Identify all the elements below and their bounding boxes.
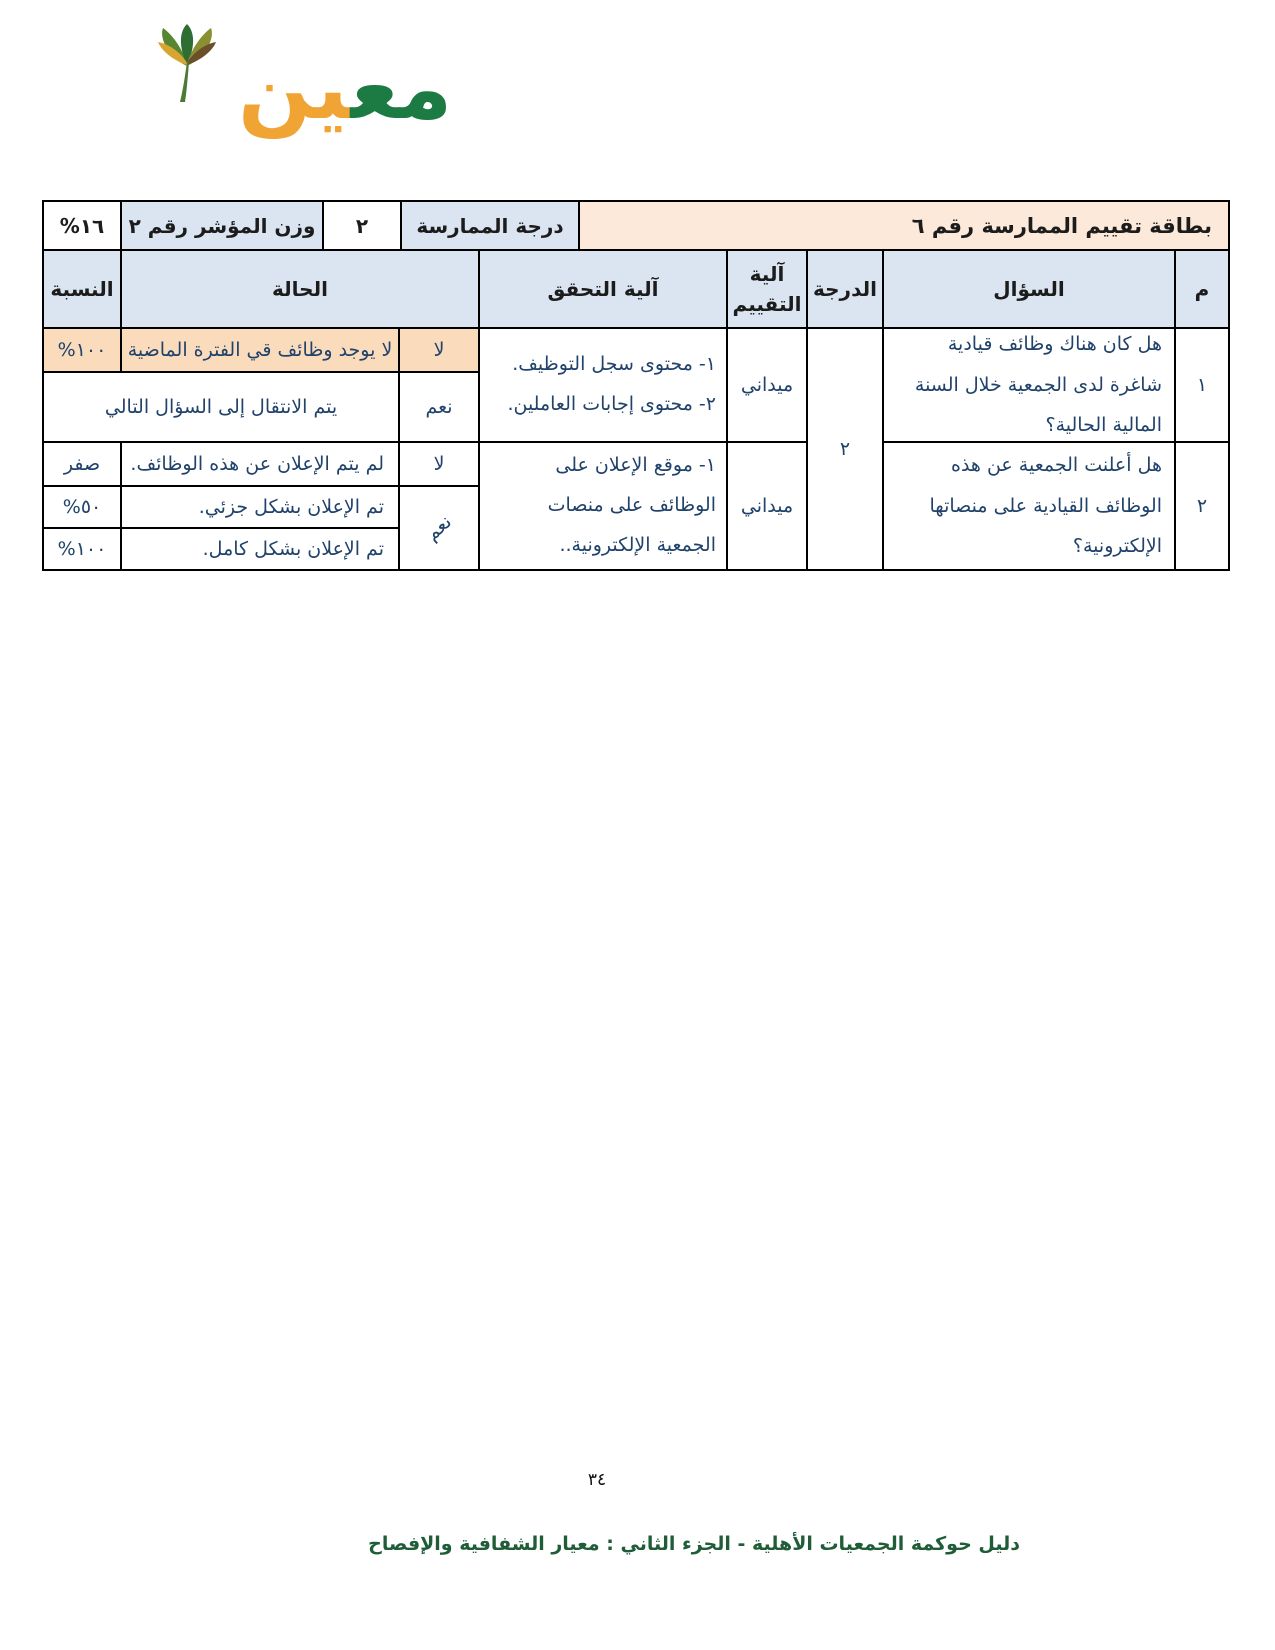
row2-case-no-answer-cell: لا [400, 443, 478, 485]
col-header-evaluation: آلية التقييم [728, 251, 806, 327]
row1-case-yes-status-cell: يتم الانتقال إلى السؤال التالي [44, 373, 398, 441]
col-header-evaluation-line2: التقييم [733, 289, 802, 319]
practice-degree-value-cell: ٢ [324, 202, 400, 249]
indicator-weight-label-cell: وزن المؤشر رقم ٢ [122, 202, 322, 249]
col-header-question: السؤال [884, 251, 1174, 327]
row2-case-partial-status-cell: تم الإعلان بشكل جزئي. [122, 487, 398, 527]
row2-verification-cell: ١- موقع الإعلان على الوظائف على منصات ال… [480, 443, 726, 569]
col-header-evaluation-line1: آلية [750, 259, 785, 289]
row2-case-no-percentage-cell: صفر [44, 443, 120, 485]
col-header-no: م [1176, 251, 1228, 327]
indicator-weight-value-cell: %١٦ [44, 202, 120, 249]
row2-verification-item1: ١- موقع الإعلان على الوظائف على منصات ال… [490, 446, 716, 566]
row1-verification-item1: ١- محتوى سجل التوظيف. [490, 345, 716, 385]
col-header-status: الحالة [122, 251, 478, 327]
card-title-cell: بطاقة تقييم الممارسة رقم ٦ [580, 202, 1228, 249]
document-footer-title: دليل حوكمة الجمعيات الأهلية - الجزء الثا… [368, 1533, 1020, 1555]
row1-verification-item2: ٢- محتوى إجابات العاملين. [490, 385, 716, 425]
maeen-logo: معين [238, 36, 452, 144]
row1-question-cell: هل كان هناك وظائف قيادية شاغرة لدى الجمع… [884, 329, 1174, 441]
evaluation-card-banner: بطاقة تقييم الممارسة رقم ٦ درجة الممارسة… [42, 200, 1230, 251]
maeen-logo-green-letters: مع [351, 39, 453, 139]
row2-case-full-status-cell: تم الإعلان بشكل كامل. [122, 529, 398, 569]
row1-case-no-answer-cell: لا [400, 329, 478, 371]
row2-case-yes-answer-text: نعم [422, 511, 457, 545]
row1-case-no-status-cell: لا يوجد وظائف قي الفترة الماضية [122, 329, 398, 371]
row2-evaluation-cell: ميداني [728, 443, 806, 569]
row2-case-yes-answer-cell: نعم [400, 487, 478, 569]
maeen-logo-orange-letters: ين [238, 39, 351, 139]
row1-verification-cell: ١- محتوى سجل التوظيف. ٢- محتوى إجابات ال… [480, 329, 726, 441]
row2-question-text: هل أعلنت الجمعية عن هذه الوظائف القيادية… [896, 445, 1162, 568]
col-header-degree: الدرجة [808, 251, 882, 327]
row2-case-partial-percentage-cell: %٥٠ [44, 487, 120, 527]
row1-case-yes-answer-cell: نعم [400, 373, 478, 441]
row1-number-cell: ١ [1176, 329, 1228, 441]
ministry-palm-icon [156, 24, 218, 106]
degree-value-cell: ٢ [808, 329, 882, 569]
row2-number-cell: ٢ [1176, 443, 1228, 569]
row2-case-no-status-cell: لم يتم الإعلان عن هذه الوظائف. [122, 443, 398, 485]
row1-case-no-percentage-cell: %١٠٠ [44, 329, 120, 371]
row2-question-cell: هل أعلنت الجمعية عن هذه الوظائف القيادية… [884, 443, 1174, 569]
evaluation-table: م السؤال الدرجة آلية التقييم آلية التحقق… [42, 249, 1230, 571]
page-number: ٣٤ [567, 1470, 627, 1490]
row1-question-text: هل كان هناك وظائف قيادية شاغرة لدى الجمع… [896, 324, 1162, 447]
practice-degree-label-cell: درجة الممارسة [402, 202, 578, 249]
row1-evaluation-cell: ميداني [728, 329, 806, 441]
row2-case-full-percentage-cell: %١٠٠ [44, 529, 120, 569]
header-logo-area: وزارة العمل والتنمية الاجتماعية المملكة … [0, 0, 520, 190]
col-header-percentage: النسبة [44, 251, 120, 327]
col-header-verification: آلية التحقق [480, 251, 726, 327]
